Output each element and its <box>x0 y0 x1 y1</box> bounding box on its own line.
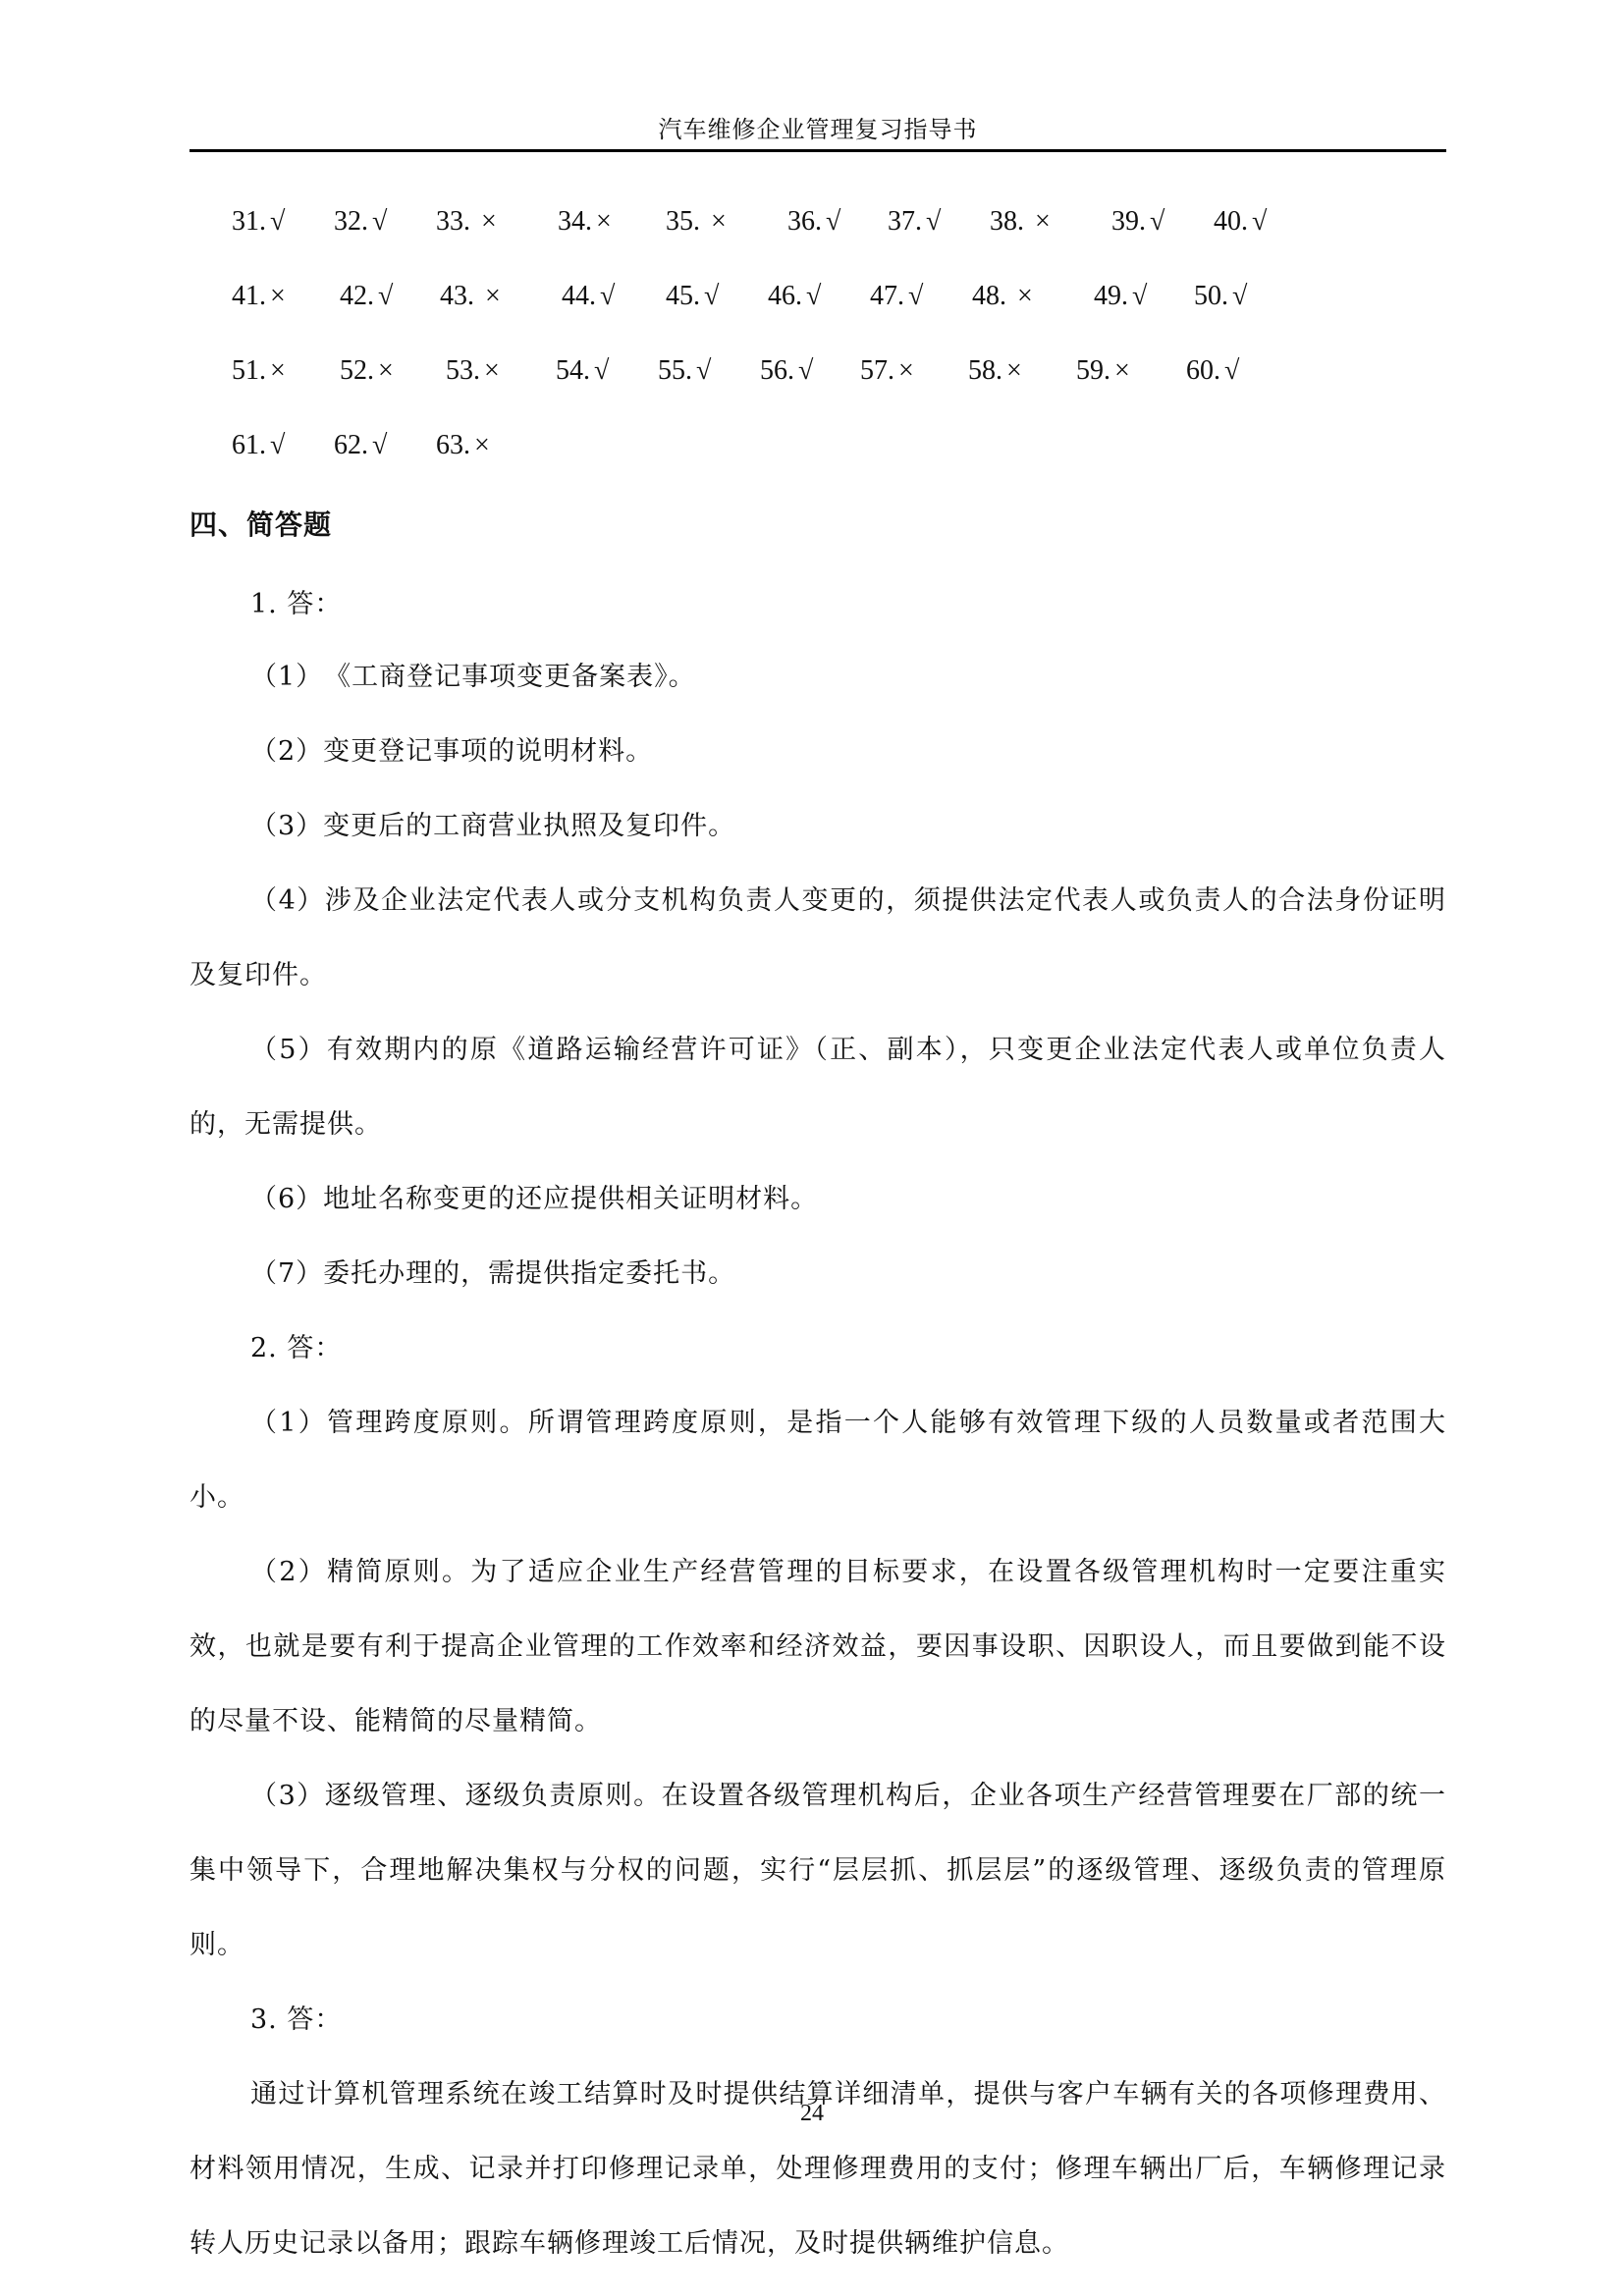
answer-item: 48. × <box>972 281 1033 312</box>
answer-item: 44.√ <box>562 281 615 312</box>
answer-item: 43. × <box>440 281 501 312</box>
answer-item: 32.√ <box>334 206 387 238</box>
answer-item: 50.√ <box>1194 281 1247 312</box>
answer-paragraph: （2）变更登记事项的说明材料。 <box>189 715 1446 789</box>
answer-item: 53.× <box>446 355 500 387</box>
answer-item: 31.√ <box>232 206 285 238</box>
answer-item: 39.√ <box>1111 206 1164 238</box>
answer-item: 45.√ <box>666 281 719 312</box>
answer-paragraph: （6）地址名称变更的还应提供相关证明材料。 <box>189 1162 1446 1237</box>
answer-item: 35. × <box>666 206 727 238</box>
answer-item: 51.× <box>232 355 286 387</box>
running-header: 汽车维修企业管理复习指导书 <box>189 110 1446 144</box>
answer-paragraph: （1）管理跨度原则。所谓管理跨度原则，是指一个人能够有效管理下级的人员数量或者范… <box>189 1386 1446 1535</box>
answer-item: 34.× <box>558 206 612 238</box>
answer-item: 42.√ <box>340 281 393 312</box>
answer-paragraph: （5）有效期内的原《道路运输经营许可证》（正、副本），只变更企业法定代表人或单位… <box>189 1013 1446 1162</box>
answer-item: 49.√ <box>1094 281 1147 312</box>
answer-paragraph: （3）逐级管理、逐级负责原则。在设置各级管理机构后，企业各项生产经营管理要在厂部… <box>189 1759 1446 1983</box>
question-label: 3. 答： <box>189 1983 1446 2057</box>
answer-item: 56.√ <box>760 355 813 387</box>
answer-item: 57.× <box>860 355 914 387</box>
answer-item: 61.√ <box>232 430 285 461</box>
answer-paragraph: （4）涉及企业法定代表人或分支机构负责人变更的，须提供法定代表人或负责人的合法身… <box>189 864 1446 1013</box>
answer-item: 47.√ <box>870 281 923 312</box>
answer-item: 59.× <box>1076 355 1130 387</box>
answer-item: 37.√ <box>888 206 941 238</box>
answer-item: 54.√ <box>556 355 609 387</box>
answer-item: 33. × <box>436 206 497 238</box>
question-label: 2. 答： <box>189 1311 1446 1386</box>
answer-item: 55.√ <box>658 355 711 387</box>
question-label: 1. 答： <box>189 567 1446 642</box>
answer-item: 60.√ <box>1186 355 1239 387</box>
answer-item: 63.× <box>436 430 490 461</box>
answer-item: 52.× <box>340 355 394 387</box>
answer-paragraph: （2）精简原则。为了适应企业生产经营管理的目标要求，在设置各级管理机构时一定要注… <box>189 1535 1446 1759</box>
answer-item: 36.√ <box>787 206 840 238</box>
section-heading: 四、简答题 <box>189 504 332 543</box>
header-rule <box>189 149 1446 152</box>
answer-item: 46.√ <box>768 281 821 312</box>
answer-paragraph: （1） 《工商登记事项变更备案表》。 <box>189 640 1446 715</box>
answer-paragraph: 通过计算机管理系统在竣工结算时及时提供结算详细清单，提供与客户车辆有关的各项修理… <box>189 2057 1446 2281</box>
answer-paragraph: （7）委托办理的，需提供指定委托书。 <box>189 1237 1446 1311</box>
answer-item: 41.× <box>232 281 286 312</box>
answer-item: 38. × <box>990 206 1051 238</box>
answer-item: 62.√ <box>334 430 387 461</box>
answer-item: 40.√ <box>1214 206 1267 238</box>
answer-paragraph: （3）变更后的工商营业执照及复印件。 <box>189 789 1446 864</box>
page-number: 24 <box>0 2101 1624 2127</box>
answer-item: 58.× <box>968 355 1022 387</box>
